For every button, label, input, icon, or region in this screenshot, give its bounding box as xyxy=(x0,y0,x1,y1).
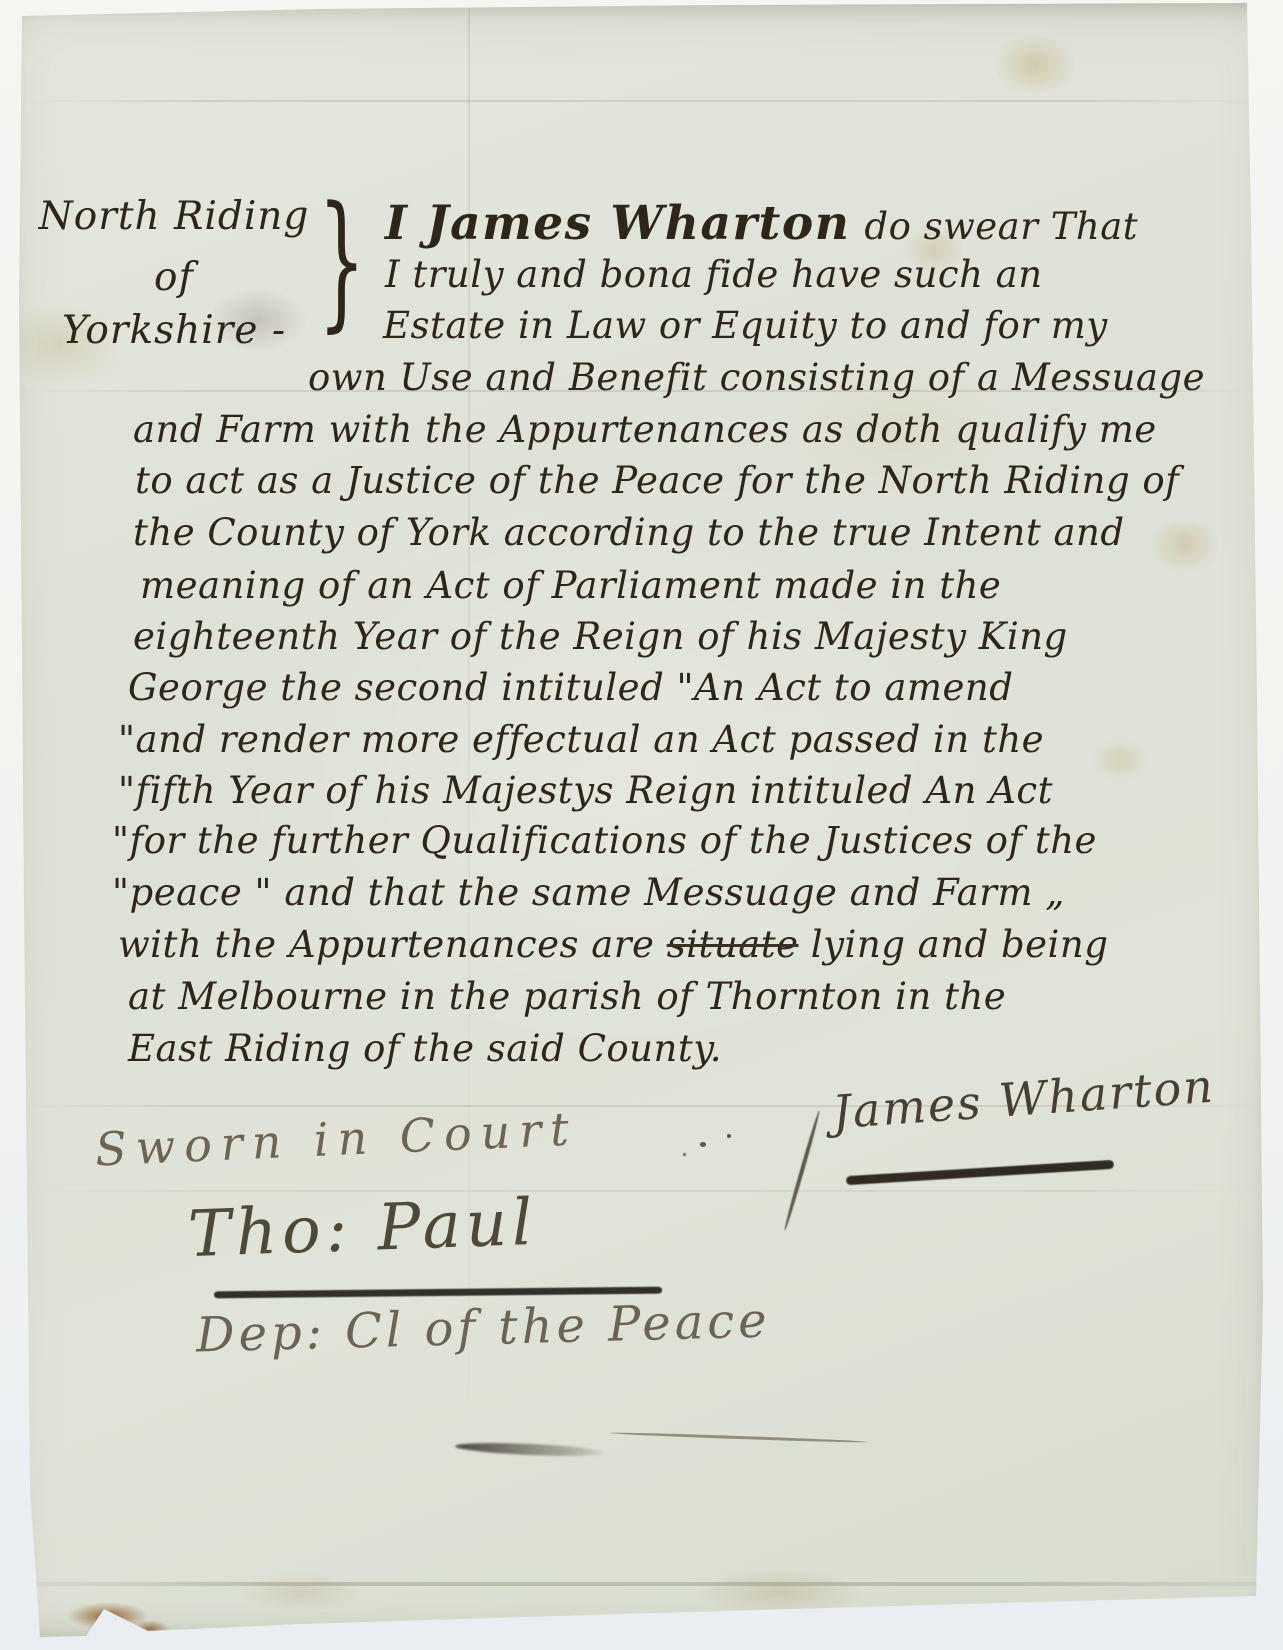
oath-line-4: own Use and Benefit consisting of a Mess… xyxy=(308,356,1205,399)
county-heading: North Riding of Yorkshire - xyxy=(28,194,320,353)
oath-line-13: "for the further Qualifications of the J… xyxy=(112,819,1097,862)
curly-brace: } xyxy=(318,176,366,347)
oath-line-11: "and render more effectual an Act passed… xyxy=(118,718,1044,761)
oath-line-12: "fifth Year of his Majestys Reign intitu… xyxy=(118,769,1053,812)
photo-backdrop: North Riding of Yorkshire - } I James Wh… xyxy=(0,0,1283,1650)
signature-james-underline xyxy=(846,1160,1114,1185)
ink-smudge xyxy=(455,1441,605,1459)
oath-line-8: meaning of an Act of Parliament made in … xyxy=(140,564,1001,607)
oath-line-2: I truly and bona fide have such an xyxy=(385,253,1043,296)
county-heading-line-3: Yorkshire - xyxy=(28,308,320,353)
oath-line-16: at Melbourne in the parish of Thornton i… xyxy=(128,975,1006,1018)
signature-james-wharton: James Wharton xyxy=(831,1059,1217,1140)
oath-line-7: the County of York according to the true… xyxy=(133,511,1125,554)
fold-crease xyxy=(10,1190,1269,1192)
oath-line-15-pre: with the Appurtenances are xyxy=(118,923,667,966)
ink-speck xyxy=(700,1142,706,1147)
deponent-name: I James Wharton xyxy=(385,196,850,251)
pen-flourish xyxy=(610,1431,868,1443)
oath-line-10: George the second intituled "An Act to a… xyxy=(128,666,1013,709)
oath-line-1-rest: do swear That xyxy=(864,205,1138,248)
sworn-in-court-note: Sworn in Court xyxy=(94,1101,579,1176)
oath-line-15-post: lying and being xyxy=(799,923,1109,966)
ink-speck xyxy=(727,1134,731,1138)
county-heading-line-1: North Riding xyxy=(28,194,320,239)
fold-crease xyxy=(10,100,1269,102)
oath-line-9: eighteenth Year of the Reign of his Maje… xyxy=(133,615,1068,658)
signature-pen-stroke xyxy=(783,1110,821,1231)
oath-line-15: with the Appurtenances are situate lying… xyxy=(118,923,1108,966)
oath-line-5: and Farm with the Appurtenances as doth … xyxy=(133,408,1157,451)
ink-speck xyxy=(683,1153,686,1156)
oath-line-3: Estate in Law or Equity to and for my xyxy=(383,304,1108,347)
oath-line-14: "peace " and that the same Messuage and … xyxy=(112,871,1065,914)
oath-line-6: to act as a Justice of the Peace for the… xyxy=(135,459,1179,502)
fold-crease xyxy=(10,1582,1269,1586)
document-paper: North Riding of Yorkshire - } I James Wh… xyxy=(0,0,1283,1650)
oath-line-17: East Riding of the said County. xyxy=(128,1027,722,1070)
clerk-title: Dep: Cl of the Peace xyxy=(195,1292,771,1363)
county-heading-line-2: of xyxy=(28,255,320,300)
signature-tho-paul: Tho: Paul xyxy=(187,1186,539,1272)
struck-word: situate xyxy=(667,923,799,966)
oath-line-1: I James Whartondo swear That xyxy=(385,196,1138,251)
